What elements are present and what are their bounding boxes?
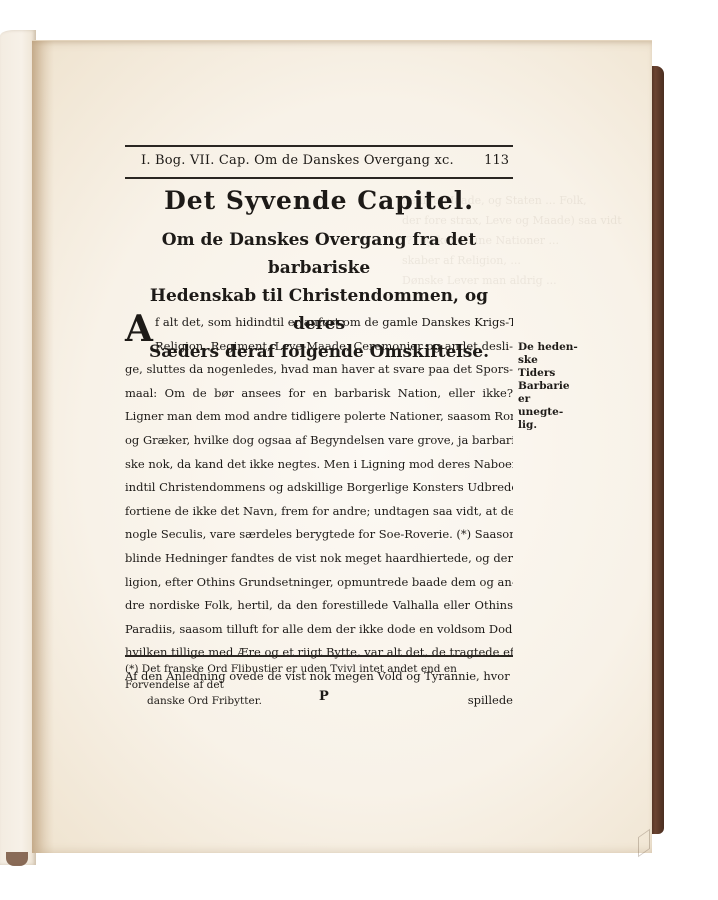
marginal-note-line: lig. [518, 419, 578, 432]
footnote-rule [125, 655, 513, 657]
body-line: og Græker, hvilke dog ogsaa af Begyndels… [125, 429, 513, 453]
body-line: maal: Om de bør ansees for en barbarisk … [125, 382, 513, 406]
body-text: f alt det, som hidindtil er anført om de… [125, 311, 513, 712]
marginal-note-line: Barbarie [518, 380, 578, 393]
body-line: Ligner man dem mod andre tidligere poler… [125, 405, 513, 429]
body-line: ske nok, da kand det ikke negtes. Men i … [125, 453, 513, 477]
body-line: Religion, Regiment, Leve-Maade, Ceremoni… [125, 335, 513, 359]
footnote-line: (*) Det franske Ord Flibustier er uden T… [125, 663, 457, 691]
page-number: 113 [484, 153, 509, 168]
marginal-note-line: De heden- [518, 341, 578, 354]
marginal-note-line: ske Tiders [518, 354, 578, 380]
signature-mark: P [319, 689, 329, 704]
body-line: blinde Hedninger fandtes de vist nok meg… [125, 547, 513, 571]
body-line: ligion, efter Othins Grundsetninger, opm… [125, 571, 513, 595]
body-line: dre nordiske Folk, hertil, da den forest… [125, 594, 513, 618]
body-line: Paradiis, saasom tilluft for alle dem de… [125, 618, 513, 642]
marginal-note-line: er unegte- [518, 393, 578, 419]
body-line: fortiene de ikke det Navn, frem for andr… [125, 500, 513, 524]
left-page-edge [0, 30, 36, 865]
body-line: ge, sluttes da nogenledes, hvad man have… [125, 358, 513, 382]
running-head: I. Bog. VII. Cap. Om de Danskes Overgang… [125, 145, 513, 179]
marginal-note: De heden- ske Tiders Barbarie er unegte-… [518, 341, 578, 432]
page-corner-fold [638, 829, 650, 857]
body-line: f alt det, som hidindtil er anført om de… [125, 311, 513, 335]
subtitle-line: Om de Danskes Overgang fra det barbarisk… [125, 226, 513, 282]
chapter-title: Det Syvende Capitel. [125, 186, 513, 215]
gutter-shadow [32, 41, 54, 853]
open-book: hellige Maade, og Staten ... Folk,der fo… [0, 0, 718, 900]
body-line: nogle Seculis, vare særdeles berygtede f… [125, 523, 513, 547]
book-page: hellige Maade, og Staten ... Folk,der fo… [32, 40, 652, 853]
body-line: indtil Christendommens og adskillige Bor… [125, 476, 513, 500]
binding-corner [6, 852, 28, 866]
running-head-title: I. Bog. VII. Cap. Om de Danskes Overgang… [141, 153, 454, 168]
